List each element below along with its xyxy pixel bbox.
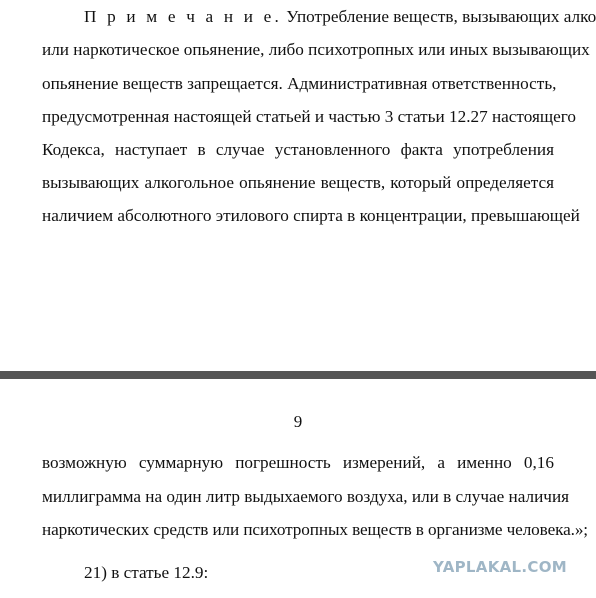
text-line: миллиграмма на один литр выдыхаемого воз… [42,487,554,507]
text-line: возможную суммарную погрешность измерени… [42,453,554,473]
page-number: 9 [0,412,596,432]
text-line: Кодекса, наступает в случае установленно… [42,140,554,160]
note-label: П р и м е ч а н и е. [84,7,282,26]
list-item-heading: 21) в статье 12.9: [84,563,384,583]
text-line: предусмотренная настоящей статьей и част… [42,107,554,127]
text-line: или наркотическое опьянение, либо психот… [42,40,554,60]
page-break-divider [0,371,596,379]
text-line: наркотических средств или психотропных в… [42,520,554,540]
text-line: вызывающих алкогольное опьянение веществ… [42,173,554,193]
text-line: наличием абсолютного этилового спирта в … [42,206,554,226]
note-paragraph-first-line: П р и м е ч а н и е. Употребление вещест… [84,7,554,27]
watermark: YAPLAKAL.COM [433,558,567,576]
text-line: опьянение веществ запрещается. Администр… [42,74,554,94]
text-line: Употребление веществ, вызывающих алкогол… [282,7,596,26]
